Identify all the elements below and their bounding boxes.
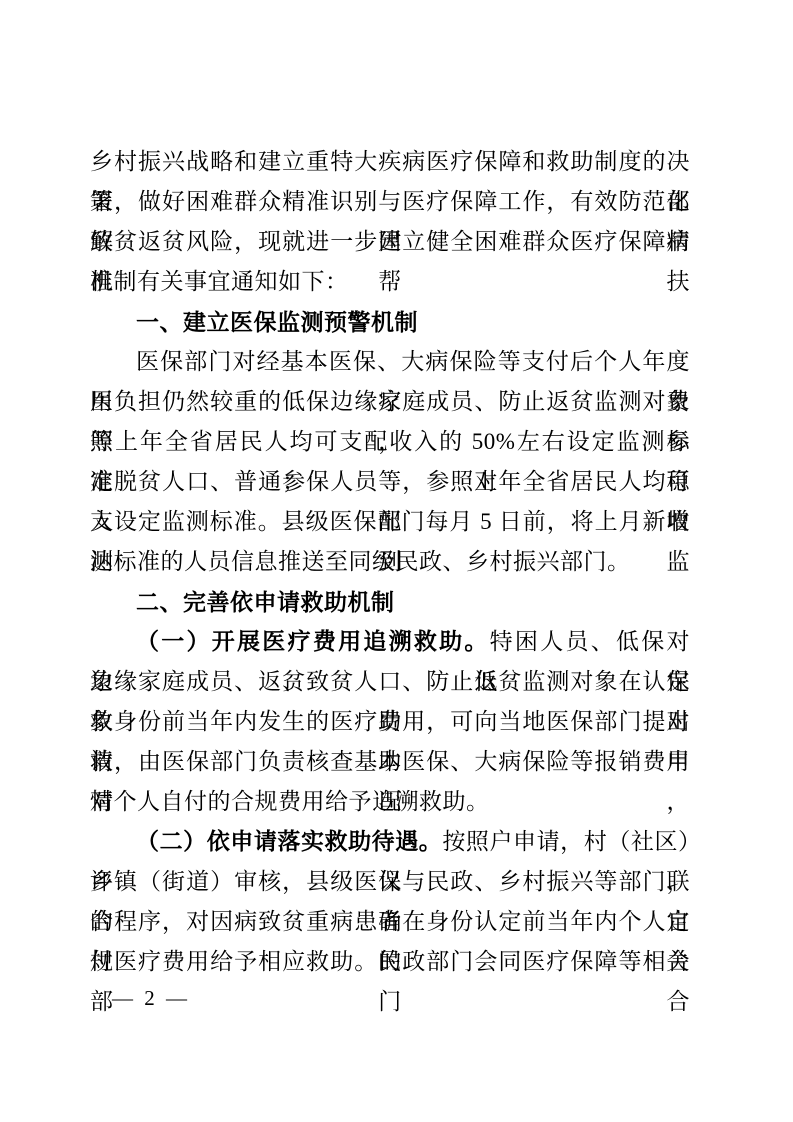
paragraph-line: 请，由医保部门负责核查基本医保、大病保险等报销费用情况， [90, 742, 690, 782]
paragraph-line: 用负担仍然较重的低保边缘家庭成员、防止返贫监测对象等，参 [90, 382, 690, 422]
clause-title: （二）依申请落实救助待遇。 [136, 829, 442, 854]
paragraph-line: 医保部门对经基本医保、大病保险等支付后个人年度医疗费 [90, 342, 690, 382]
paragraph-line: 乡村振兴战略和建立重特大疾病医疗保障和救助制度的决策部 [90, 142, 690, 182]
paragraph-line: （二）依申请落实救助待遇。按照户申请，村（社区）评议， [90, 822, 690, 862]
page-number: — 2 — [112, 986, 190, 1011]
document-page: 乡村振兴战略和建立重特大疾病医疗保障和救助制度的决策部 署，做好困难群众精准识别… [0, 0, 793, 1122]
paragraph-line: 边缘家庭成员、返贫致贫人口、防止返贫监测对象在认定救助对 [90, 662, 690, 702]
paragraph-line: 象身份前当年内发生的医疗费用，可向当地医保部门提出救助申 [90, 702, 690, 742]
clause-title: （一）开展医疗费用追溯救助。 [136, 629, 490, 654]
paragraph-line: 乡镇（街道）审核，县级医保与民政、乡村振兴等部门联合确定 [90, 862, 690, 902]
section-heading-2: 二、完善依申请救助机制 [90, 582, 690, 622]
paragraph-line: 测标准的人员信息推送至同级民政、乡村振兴部门。 [90, 542, 690, 582]
paragraph-line: 的程序，对因病致贫重病患者在身份认定前当年内个人自付的合 [90, 902, 690, 942]
paragraph-line: 规医疗费用给予相应救助。民政部门会同医疗保障等相关部门合 [90, 942, 690, 982]
document-body: 乡村振兴战略和建立重特大疾病医疗保障和救助制度的决策部 署，做好困难群众精准识别… [90, 142, 690, 982]
paragraph-line: （一）开展医疗费用追溯救助。特困人员、低保对象、低保 [90, 622, 690, 662]
section-heading-1: 一、建立医保监测预警机制 [90, 302, 690, 342]
paragraph-line: 致贫返贫风险，现就进一步建立健全困难群众医疗保障精准帮扶 [90, 222, 690, 262]
paragraph-line: 署，做好困难群众精准识别与医疗保障工作，有效防范化解因病 [90, 182, 690, 222]
paragraph-line: 照上年全省居民人均可支配收入的 50%左右设定监测标准；对稳 [90, 422, 690, 462]
paragraph-line: 定脱贫人口、普通参保人员等，参照上年全省居民人均可支配收 [90, 462, 690, 502]
paragraph-line: 入设定监测标准。县级医保部门每月 5 日前，将上月新增达到监 [90, 502, 690, 542]
